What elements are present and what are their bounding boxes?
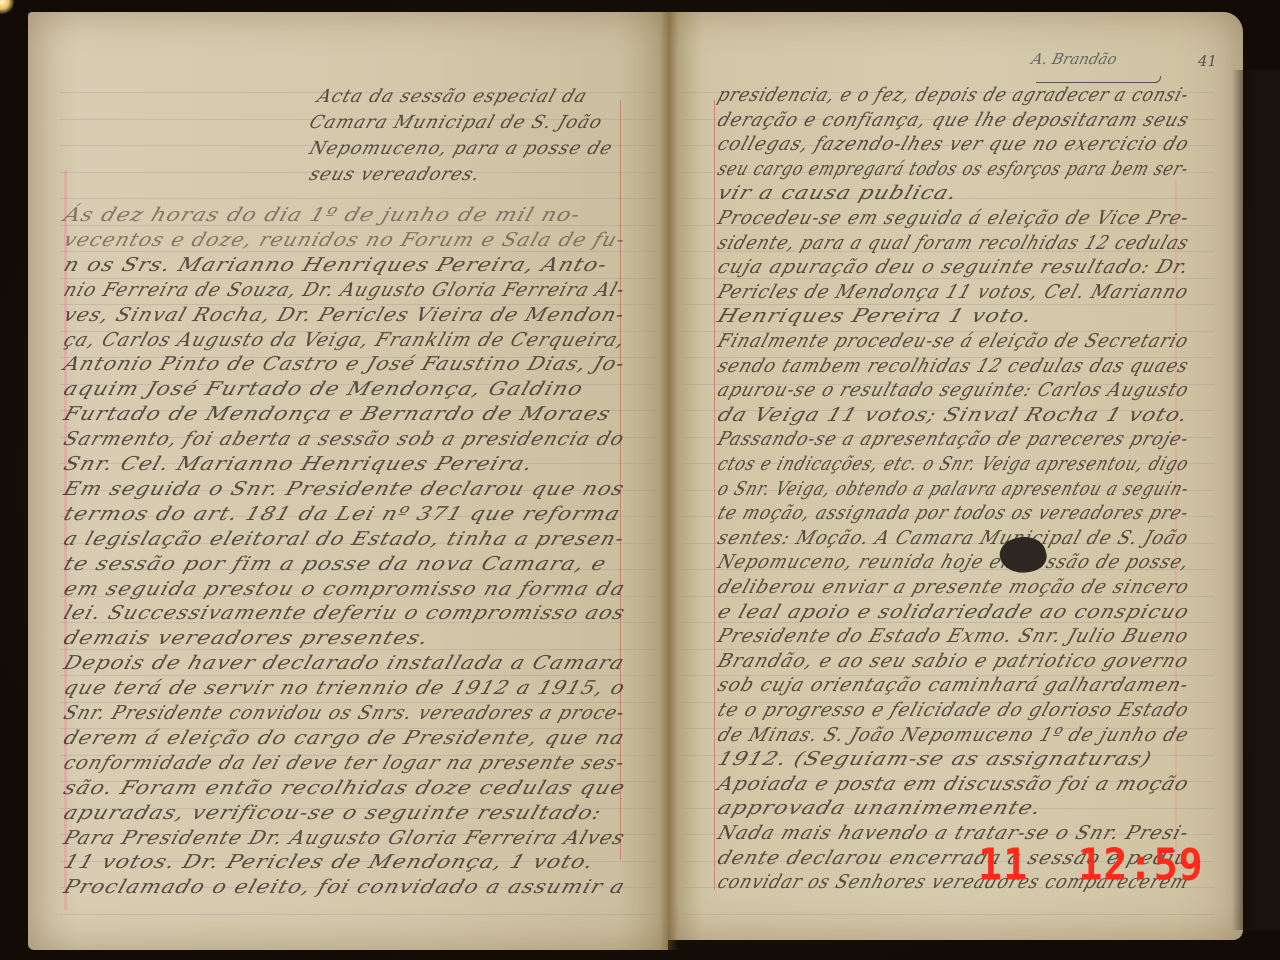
handwritten-line: Pericles de Mendonça 11 votos, Cel. Mari… [715,281,1192,303]
handwritten-line: apurou-se o resultado seguinte: Carlos A… [715,379,1192,401]
page-number: 41 [1198,52,1217,70]
rule-line [60,251,655,252]
handwritten-line: Snr. Cel. Marianno Henriques Pereira. [61,453,536,475]
handwritten-line: Apoiada e posta em discussão foi a moção [715,773,1192,795]
handwritten-line: Passando-se a apresentação de pareceres … [715,428,1192,450]
handwritten-line: 1912. (Seguiam-se as assignaturas) [715,748,1155,770]
stamp-time: 12:59 [1078,840,1203,891]
handwritten-line: o Snr. Veiga, obtendo a palavra apresent… [715,478,1192,500]
right-page-left-rule [714,100,715,890]
stamp-day: 11 [978,840,1028,891]
handwritten-line: Em seguida o Snr. Presidente declarou qu… [61,478,628,500]
book-gutter [660,12,678,950]
handwritten-line: Nepomuceno, reunida hoje em sessão de po… [715,551,1192,573]
handwritten-line: Brandão, e ao seu sabio e patriotico gov… [715,650,1192,672]
handwritten-line: seu cargo empregará todos os esforços pa… [715,158,1192,180]
handwritten-line: derem á eleição do cargo de Presidente, … [61,727,628,749]
handwritten-line: Sarmento, foi aberta a sessão sob a pres… [61,428,628,450]
left-heading-line-1: Acta da sessão especial da [315,86,591,107]
handwritten-line: Presidente do Estado Exmo. Snr. Julio Bu… [715,625,1192,647]
handwritten-line: a legislação eleitoral do Estado, tinha … [61,528,628,550]
handwritten-line: presidencia, e o fez, depois de agradece… [715,84,1192,106]
handwritten-line: Para Presidente Dr. Augusto Gloria Ferre… [61,827,628,849]
rule-line [60,198,655,199]
camera-date-stamp: 11 12:59 [978,840,1204,891]
left-heading-line-4: seus vereadores. [307,164,484,185]
torn-right-edge [1232,70,1280,930]
rule-line [60,675,655,676]
handwritten-line: termos do art. 181 da Lei nº 371 que ref… [61,503,624,525]
handwritten-line: conformidade da lei deve ter logar na pr… [61,752,628,774]
handwritten-line: sendo tambem recolhidas 12 cedulas das q… [715,355,1192,377]
handwritten-line: lei. Successivamente deferiu o compromis… [61,602,629,624]
handwritten-line: da Veiga 11 votos; Sinval Rocha 1 voto. [715,404,1192,426]
handwritten-line: Depois de haver declarado installada a C… [61,652,628,674]
handwritten-line: nio Ferreira de Souza, Dr. Augusto Glori… [61,279,628,301]
handwritten-line: Proclamado o eleito, foi convidado a ass… [61,876,628,898]
handwritten-line: 11 votos. Dr. Pericles de Mendonça, 1 vo… [61,851,597,873]
handwritten-line: Procedeu-se em seguida á eleição de Vice… [715,207,1192,229]
rule-line [684,914,1214,915]
handwritten-line: Snr. Presidente convidou os Snrs. veread… [61,702,628,724]
handwritten-line: Finalmente procedeu-se á eleição de Secr… [715,330,1192,352]
handwritten-line: Furtado de Mendonça e Bernardo de Moraes [61,403,614,425]
handwritten-line: aquim José Furtado de Mendonça, Galdino [61,378,587,400]
handwritten-line: cuja apuração deu o seguinte resultado: … [715,256,1192,278]
handwritten-line: demais vereadores presentes. [61,627,432,649]
handwritten-line: n os Srs. Marianno Henriques Pereira, An… [61,254,611,276]
handwritten-line: collegas, fazendo-lhes ver que no exerci… [715,133,1192,155]
handwritten-line: te sessão por fim a posse da nova Camara… [61,553,610,575]
handwritten-line: que terá de servir no triennio de 1912 a… [61,677,629,699]
handwritten-line: ves, Sinval Rocha, Dr. Pericles Vieira d… [61,304,628,326]
handwritten-line: sob cuja orientação caminhará galhardame… [715,674,1192,696]
handwritten-line: sidente, para a qual foram recolhidas 12… [715,232,1192,254]
handwritten-line: ça, Carlos Augusto da Veiga, Franklim de… [61,329,628,351]
handwritten-line: te o progresso e felicidade do glorioso … [715,699,1192,721]
handwritten-line: e leal apoio e solidariedade ao conspicu… [715,601,1193,623]
handwritten-line: deliberou enviar a presente moção de sin… [715,576,1192,598]
handwritten-line: de Minas. S. João Nepomuceno 1º de junho… [715,724,1192,746]
handwritten-line: deração e confiança, que lhe depositaram… [715,109,1192,131]
left-heading-line-3: Nepomuceno, para a posse de [307,138,616,159]
handwritten-line: ctos e indicações, etc. o Snr. Veiga apr… [715,453,1192,475]
handwritten-line: vir a causa publica. [715,182,961,204]
handwritten-line: approvada unanimemente. [715,797,1045,819]
handwritten-line: em seguida prestou o compromisso na form… [61,578,629,600]
header-signature: A. Brandão [1030,50,1120,68]
signature-flourish [1036,76,1161,83]
handwritten-line: Ás dez horas do dia 1º de junho de mil n… [61,204,584,226]
handwritten-line: vecentos e doze, reunidos no Forum e Sal… [61,229,629,251]
rule-line [60,914,655,915]
handwritten-line: apuradas, verificou-se o seguinte result… [61,802,605,824]
handwritten-line: são. Foram então recolhidas doze cedulas… [61,777,629,799]
handwritten-line: sentes: Moção. A Camara Municipal de S. … [715,527,1192,549]
left-heading-line-2: Camara Municipal de S. João [307,112,606,133]
handwritten-line: Henriques Pereira 1 voto. [715,305,1036,327]
handwritten-line: te moção, assignada por todos os vereado… [715,502,1192,524]
handwritten-line: Antonio Pinto de Castro e José Faustino … [61,353,628,375]
